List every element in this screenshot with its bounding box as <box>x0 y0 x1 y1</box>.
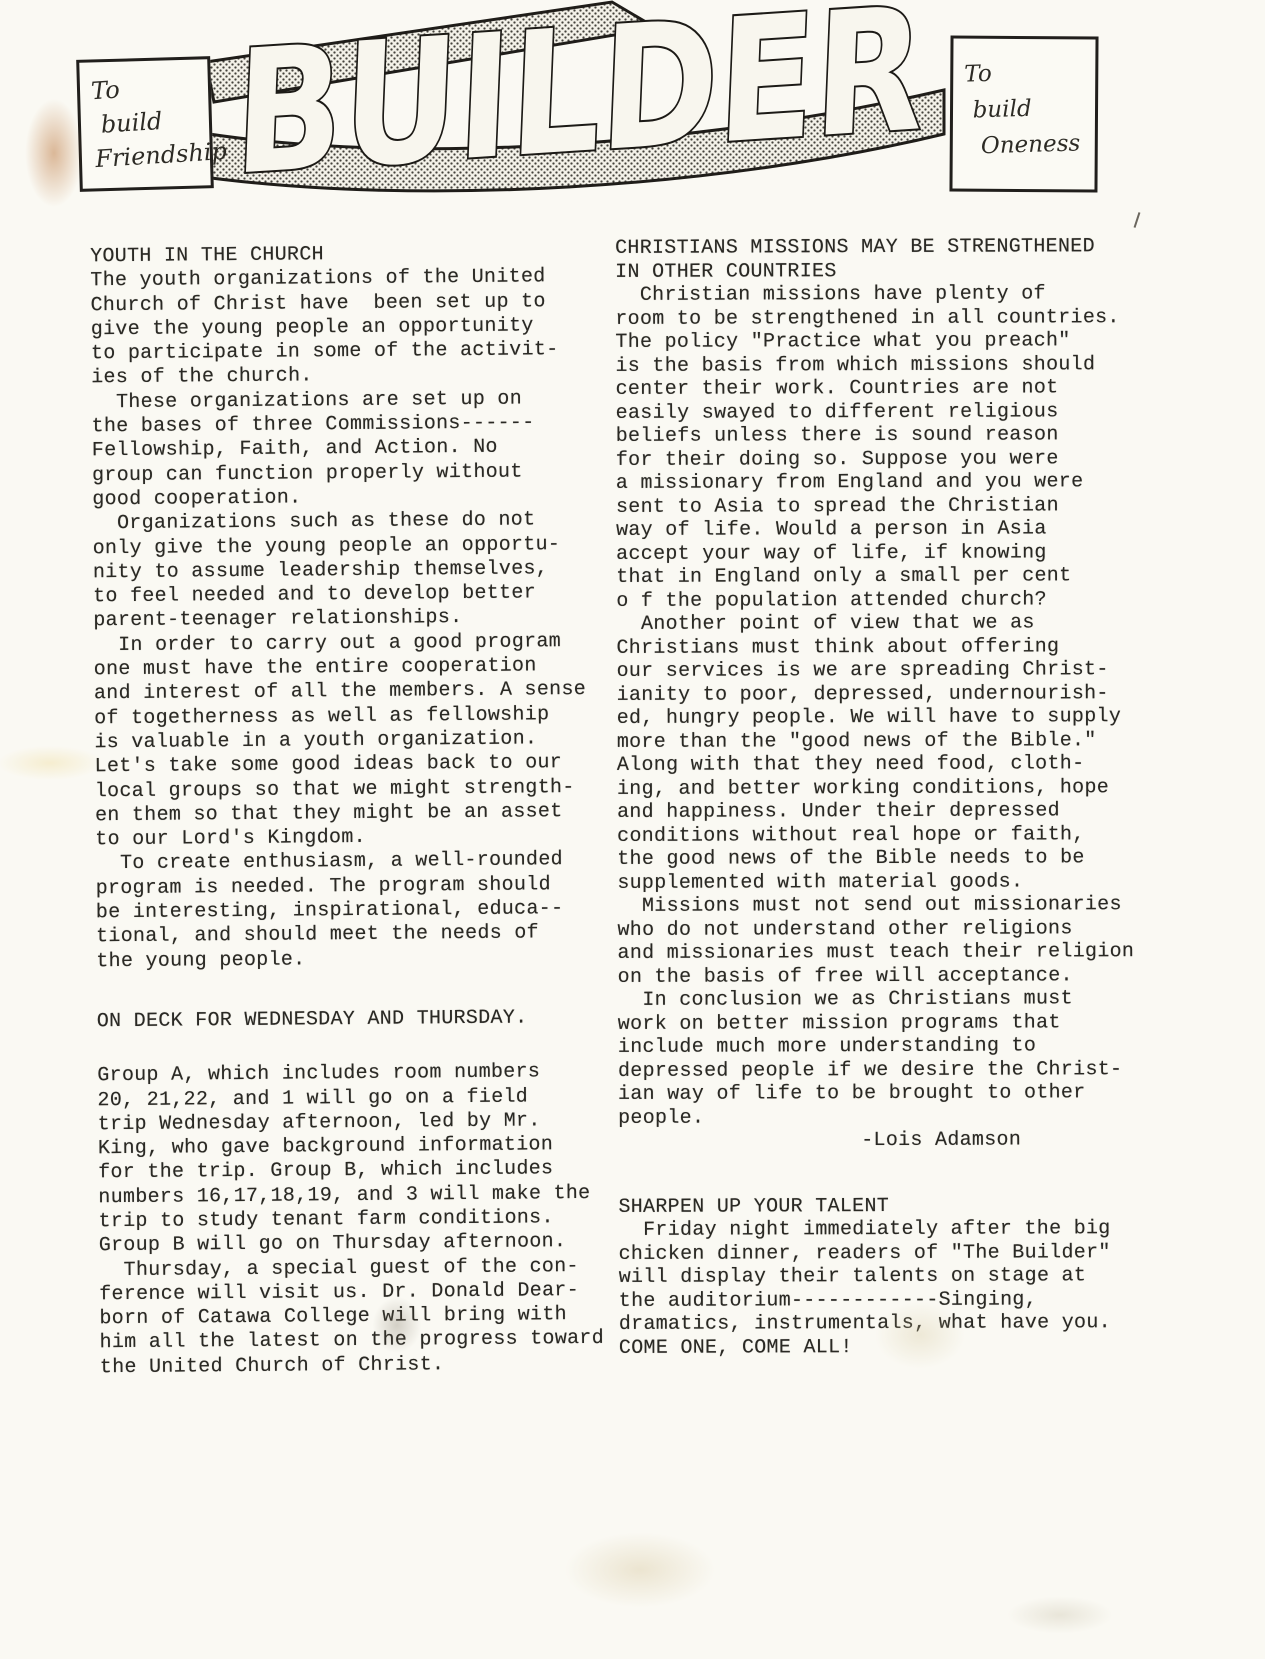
masthead: BUILDER To build Friendship To build One… <box>0 0 1265 235</box>
section-on-deck: ON DECK FOR WEDNESDAY AND THURSDAY. Grou… <box>97 1006 620 1381</box>
column-left: YOUTH IN THE CHURCH The youth organizati… <box>90 241 620 1381</box>
talent-heading: SHARPEN UP YOUR TALENT <box>618 1194 1148 1219</box>
section-missions: CHRISTIANS MISSIONS MAY BE STRENGTHENED … <box>615 235 1148 1153</box>
motto-friendship-text: To build Friendship <box>77 57 212 177</box>
missions-body: Christian missions have plenty of room t… <box>615 282 1148 1130</box>
on-deck-heading: ON DECK FOR WEDNESDAY AND THURSDAY. <box>97 1006 617 1035</box>
motto-box-oneness: To build Oneness <box>949 35 1098 192</box>
talent-body: Friday night immediately after the big c… <box>618 1217 1148 1360</box>
youth-body: The youth organizations of the United Ch… <box>90 265 616 974</box>
section-youth: YOUTH IN THE CHURCH The youth organizati… <box>90 241 616 974</box>
banner-word: BUILDER <box>231 0 928 214</box>
column-right: CHRISTIANS MISSIONS MAY BE STRENGTHENED … <box>615 235 1149 1360</box>
section-talent: SHARPEN UP YOUR TALENT Friday night imme… <box>618 1194 1149 1360</box>
newsletter-page: BUILDER To build Friendship To build One… <box>0 0 1265 1659</box>
missions-heading: CHRISTIANS MISSIONS MAY BE STRENGTHENED … <box>615 235 1145 284</box>
stain-bottom-right <box>990 1590 1130 1640</box>
missions-byline: -Lois Adamson <box>618 1128 1148 1153</box>
stain-bottom-center <box>540 1520 740 1620</box>
on-deck-body: Group A, which includes room numbers 20,… <box>97 1060 620 1380</box>
motto-box-friendship: To build Friendship <box>76 56 214 192</box>
motto-oneness-text: To build Oneness <box>951 37 1096 165</box>
